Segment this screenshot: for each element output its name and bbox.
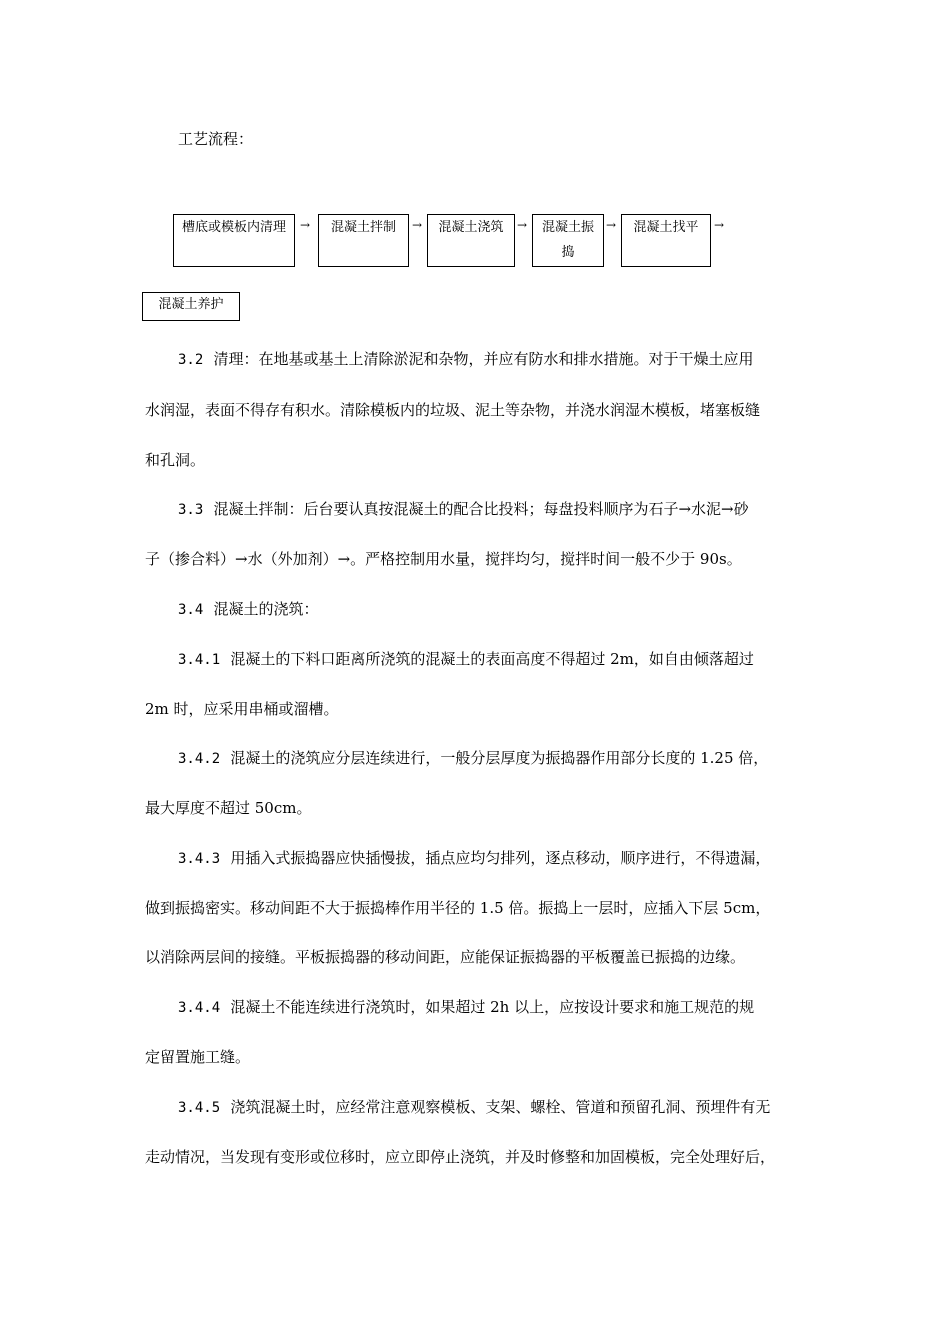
paragraph-text: 混凝土的浇筑应分层连续进行，一般分层厚度为振捣器作用部分长度的 1.25 倍， <box>230 749 768 767</box>
paragraph-text: 混凝土的浇筑： <box>213 600 318 618</box>
flow-arrow-icon: → <box>412 219 422 231</box>
flow-step-3: 混凝土浇筑 <box>427 214 515 267</box>
flow-step-2: 混凝土拌制 <box>318 214 409 267</box>
section-3-2-line-1: 3.2 清理：在地基或基土上清除淤泥和杂物，并应有防水和排水措施。对于干燥土应用 <box>178 348 753 369</box>
section-3-4-3-line-3: 以消除两层间的接缝。平板振捣器的移动间距，应能保证振捣器的平板覆盖已振捣的边缘。 <box>145 946 745 967</box>
section-3-2-line-2: 水润湿，表面不得存有积水。清除模板内的垃圾、泥土等杂物，并浇水润湿木模板，堵塞板… <box>145 399 760 420</box>
flow-step-label: 混凝土振 <box>533 215 603 240</box>
section-3-4-2-line-1: 3.4.2 混凝土的浇筑应分层连续进行，一般分层厚度为振捣器作用部分长度的 1.… <box>178 747 768 768</box>
section-3-4-4-line-1: 3.4.4 混凝土不能连续进行浇筑时，如果超过 2h 以上，应按设计要求和施工规… <box>178 996 754 1017</box>
section-3-3-line-2: 子（掺合料）→水（外加剂）→。严格控制用水量，搅拌均匀，搅拌时间一般不少于 90… <box>145 548 742 569</box>
flow-arrow-icon: → <box>714 219 724 231</box>
section-3-4-3-line-2: 做到振捣密实。移动间距不大于振捣棒作用半径的 1.5 倍。振捣上一层时，应插入下… <box>145 897 770 918</box>
section-3-4-5-line-2: 走动情况，当发现有变形或位移时，应立即停止浇筑，并及时修整和加固模板，完全处理好… <box>145 1146 775 1167</box>
flow-step-label: 混凝土拌制 <box>331 220 396 235</box>
section-number: 3.4.2 <box>178 751 220 767</box>
paragraph-text: 混凝土的下料口距离所浇筑的混凝土的表面高度不得超过 2m，如自由倾落超过 <box>230 650 754 668</box>
flow-arrow-icon: → <box>517 219 527 231</box>
flow-step-label: 混凝土浇筑 <box>438 220 503 235</box>
flow-step-1: 槽底或模板内清理 <box>173 214 295 267</box>
paragraph-text: 混凝土不能连续进行浇筑时，如果超过 2h 以上，应按设计要求和施工规范的规 <box>230 998 754 1016</box>
paragraph-text: 浇筑混凝土时，应经常注意观察模板、支架、螺栓、管道和预留孔洞、预埋件有无 <box>230 1098 770 1116</box>
document-page: 工艺流程： 槽底或模板内清理 → 混凝土拌制 → 混凝土浇筑 → 混凝土振 捣 … <box>0 0 950 1344</box>
section-number: 3.4.5 <box>178 1100 220 1116</box>
section-3-3-line-1: 3.3 混凝土拌制：后台要认真按混凝土的配合比投料；每盘投料顺序为石子→水泥→砂 <box>178 498 749 519</box>
section-3-4-5-line-1: 3.4.5 浇筑混凝土时，应经常注意观察模板、支架、螺栓、管道和预留孔洞、预埋件… <box>178 1096 770 1117</box>
section-3-4-2-line-2: 最大厚度不超过 50cm。 <box>145 797 311 818</box>
paragraph-text: 用插入式振捣器应快插慢拔，插点应均匀排列，逐点移动，顺序进行，不得遗漏， <box>230 849 770 867</box>
flow-step-4: 混凝土振 捣 <box>532 214 604 267</box>
process-flow-heading: 工艺流程： <box>178 128 253 149</box>
section-number: 3.3 <box>178 502 203 518</box>
flow-arrow-icon: → <box>606 219 616 231</box>
section-number: 3.4 <box>178 602 203 618</box>
section-3-4-1-line-2: 2m 时，应采用串桶或溜槽。 <box>145 698 339 719</box>
section-3-4-3-line-1: 3.4.3 用插入式振捣器应快插慢拔，插点应均匀排列，逐点移动，顺序进行，不得遗… <box>178 847 770 868</box>
paragraph-text: 混凝土拌制：后台要认真按混凝土的配合比投料；每盘投料顺序为石子→水泥→砂 <box>213 500 748 518</box>
section-number: 3.2 <box>178 352 203 368</box>
section-3-4-1-line-1: 3.4.1 混凝土的下料口距离所浇筑的混凝土的表面高度不得超过 2m，如自由倾落… <box>178 648 754 669</box>
section-3-2-line-3: 和孔洞。 <box>145 449 205 470</box>
paragraph-text: 清理：在地基或基土上清除淤泥和杂物，并应有防水和排水措施。对于干燥土应用 <box>213 350 753 368</box>
flow-step-label: 混凝土养护 <box>158 297 223 312</box>
flow-step-label: 混凝土找平 <box>633 220 698 235</box>
section-3-4-line-1: 3.4 混凝土的浇筑： <box>178 598 318 619</box>
section-3-4-4-line-2: 定留置施工缝。 <box>145 1046 250 1067</box>
flow-step-label: 槽底或模板内清理 <box>182 220 286 235</box>
flow-step-6: 混凝土养护 <box>142 292 240 321</box>
flow-step-label-line2: 捣 <box>533 240 603 265</box>
section-number: 3.4.1 <box>178 652 220 668</box>
section-number: 3.4.4 <box>178 1000 220 1016</box>
flow-arrow-icon: → <box>300 219 310 231</box>
flow-step-5: 混凝土找平 <box>621 214 711 267</box>
section-number: 3.4.3 <box>178 851 220 867</box>
